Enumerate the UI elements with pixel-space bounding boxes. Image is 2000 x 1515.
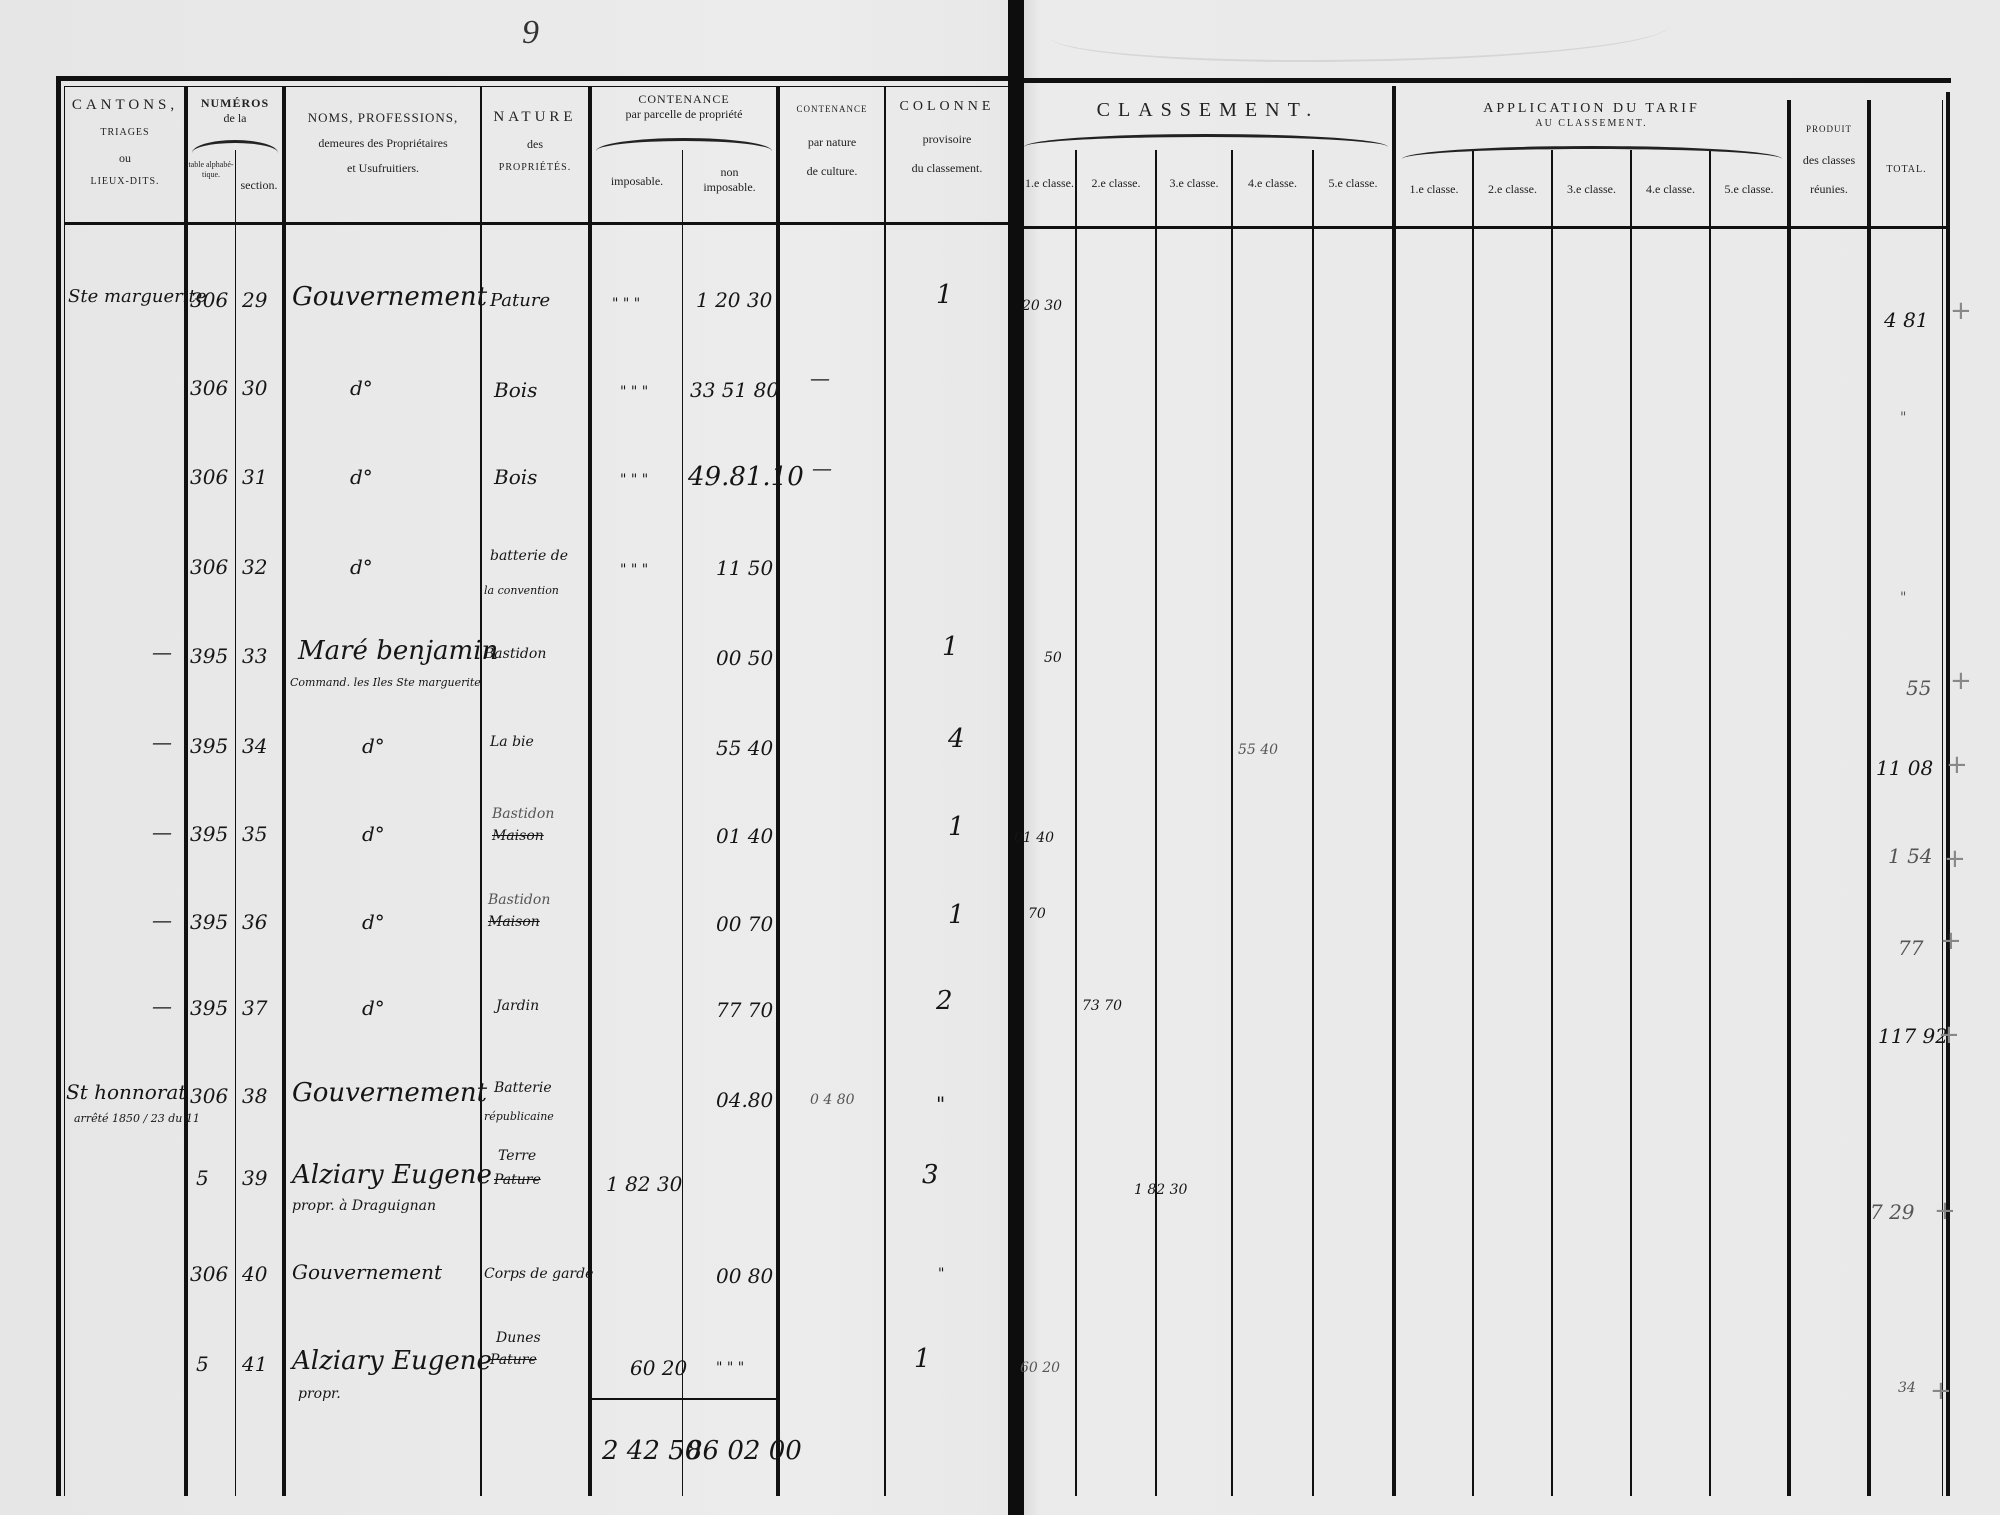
- header-noms: NOMS, PROFESSIONS, demeures des Propriét…: [286, 110, 480, 176]
- nature-cell: Bois: [494, 465, 537, 489]
- table-cell: 395: [190, 822, 228, 846]
- rule-total-thin: [1942, 100, 1943, 1496]
- numeros-brace: [192, 140, 278, 153]
- nature-cell-struck: Pature: [490, 1352, 537, 1368]
- nature-cell-line2: la convention: [484, 584, 559, 597]
- table-cell: 306: [190, 288, 228, 312]
- section-cell: 35: [242, 822, 267, 846]
- header-numeros: NUMÉROS de la: [188, 96, 282, 126]
- nature-culture-cell: 0 4 80: [810, 1092, 855, 1108]
- nature-cell: Bastidon: [484, 646, 546, 662]
- rule-imposable: [682, 150, 683, 1496]
- table-cell: 306: [190, 1262, 228, 1286]
- classe1-cell: 70: [1028, 906, 1046, 922]
- total-cell: 34: [1898, 1380, 1916, 1396]
- canton-cell: —: [152, 730, 172, 754]
- top-rule-left: [56, 76, 1021, 81]
- check-mark-icon: +: [1940, 926, 1962, 956]
- imposable-cell: " " ": [620, 384, 648, 400]
- header-section: section.: [236, 178, 282, 193]
- nature-cell: Bastidon: [488, 892, 550, 908]
- check-mark-icon: +: [1946, 750, 1968, 780]
- non-imposable-cell: 01 40: [716, 824, 773, 848]
- total-cell: 4 81: [1884, 308, 1929, 332]
- table-cell: 5: [196, 1166, 209, 1190]
- rule-left-inner: [64, 86, 65, 1496]
- header-bottom-right: [1024, 226, 1946, 229]
- table-cell: 306: [190, 555, 228, 579]
- classe2-cell: 73 70: [1082, 998, 1122, 1014]
- header-app-1: 1.e classe.: [1396, 182, 1472, 197]
- page-number: 9: [522, 14, 539, 52]
- table-cell: 395: [190, 910, 228, 934]
- check-mark-icon: +: [1944, 844, 1966, 874]
- non-imposable-cell: " " ": [716, 1360, 744, 1376]
- section-cell: 34: [242, 734, 267, 758]
- nature-cell: batterie de: [490, 548, 568, 564]
- rule-class1: [1075, 150, 1077, 1496]
- section-cell: 37: [242, 996, 267, 1020]
- canton-cell: St honnorat: [66, 1080, 186, 1104]
- non-imposable-cell: 49.81.10: [688, 462, 804, 492]
- canton-note: arrêté 1850 / 23 du 11: [74, 1112, 200, 1125]
- owner-cell-line2: propr.: [298, 1386, 341, 1402]
- rule-app1: [1472, 150, 1474, 1496]
- water-stain: [1050, 0, 1670, 62]
- canton-cell: —: [152, 820, 172, 844]
- owner-cell: Gouvernement: [292, 1260, 442, 1284]
- colonne-cell: 1: [914, 1344, 931, 1374]
- table-cell: 306: [190, 1084, 228, 1108]
- rule-app2: [1551, 150, 1553, 1496]
- imposable-cell: " " ": [620, 472, 648, 488]
- total-cell: 1 54: [1888, 844, 1933, 868]
- canton-cell: —: [152, 640, 172, 664]
- owner-cell: Gouvernement: [292, 1078, 487, 1108]
- header-classement-4: 4.e classe.: [1233, 176, 1312, 191]
- contenance-brace: [596, 138, 772, 151]
- colonne-cell: 1: [936, 280, 953, 310]
- header-total: TOTAL.: [1871, 164, 1942, 177]
- section-cell: 31: [242, 465, 267, 489]
- total-cell: 11 08: [1876, 756, 1933, 780]
- total-non-imposable: 86 02 00: [686, 1436, 802, 1466]
- nature-cell: Jardin: [496, 998, 539, 1014]
- nature-cell: Corps de garde: [484, 1266, 593, 1282]
- owner-cell: d°: [362, 996, 385, 1020]
- rule-section: [282, 86, 286, 1496]
- rule-app3: [1630, 150, 1632, 1496]
- classement-brace: [1024, 134, 1388, 147]
- header-contenance-nature: CONTENANCE par nature de culture.: [780, 104, 884, 179]
- total-cell: 77: [1898, 936, 1923, 960]
- non-imposable-cell: 1 20 30: [696, 288, 772, 312]
- header-bottom-left: [64, 222, 1008, 225]
- nature-cell: Terre: [498, 1148, 536, 1164]
- owner-cell: Alziary Eugene: [292, 1160, 492, 1190]
- classe1-cell: 50: [1044, 650, 1062, 666]
- classe4-cell: 55 40: [1238, 742, 1278, 758]
- colonne-cell: ": [938, 1266, 944, 1282]
- rule-left-edge: [56, 76, 61, 1496]
- header-app-4: 4.e classe.: [1632, 182, 1709, 197]
- nature-cell-line2: républicaine: [484, 1110, 554, 1123]
- section-cell: 38: [242, 1084, 267, 1108]
- rule-class3: [1231, 150, 1233, 1496]
- top-rule-right: [1021, 78, 1951, 83]
- colonne-cell: 4: [948, 724, 965, 754]
- owner-cell: d°: [362, 734, 385, 758]
- owner-cell: d°: [362, 822, 385, 846]
- total-cell: ": [1900, 590, 1906, 606]
- classe1-cell: 01 40: [1014, 830, 1054, 846]
- rule-contenance: [776, 86, 780, 1496]
- non-imposable-cell: 00 50: [716, 646, 773, 670]
- imposable-cell: " " ": [620, 562, 648, 578]
- owner-cell: Alziary Eugene: [292, 1346, 492, 1376]
- non-imposable-cell: 55 40: [716, 736, 773, 760]
- section-cell: 40: [242, 1262, 267, 1286]
- nature-cell: La bie: [490, 734, 534, 750]
- non-imposable-cell: 00 70: [716, 912, 773, 936]
- canton-cell: —: [152, 908, 172, 932]
- colonne-cell: ": [936, 1092, 945, 1116]
- canton-cell: Ste marguerite: [68, 286, 206, 307]
- classe1-cell: 60 20: [1020, 1360, 1060, 1376]
- non-imposable-cell: 33 51 80: [690, 378, 779, 402]
- header-classement-1: 1.e classe.: [1024, 176, 1075, 191]
- rule-table: [235, 150, 236, 1496]
- nature-cell: Batterie: [494, 1080, 552, 1096]
- table-cell: 395: [190, 996, 228, 1020]
- imposable-cell: 1 82 30: [606, 1172, 682, 1196]
- non-imposable-cell: 04.80: [716, 1088, 773, 1112]
- header-nature: NATURE des PROPRIÉTÉS.: [482, 108, 588, 174]
- colonne-cell: 1: [948, 812, 965, 842]
- total-cell: 7 29: [1870, 1200, 1915, 1224]
- header-cantons: CANTONS, TRIAGES ou LIEUX-DITS.: [66, 96, 184, 189]
- nature-cell: Bastidon: [492, 806, 554, 822]
- nature-cell: Pature: [490, 290, 550, 311]
- owner-cell: d°: [350, 376, 373, 400]
- nature-cell-struck: Maison: [488, 914, 540, 930]
- imposable-cell: 60 20: [630, 1356, 687, 1380]
- non-imposable-cell: 77 70: [716, 998, 773, 1022]
- check-mark-icon: +: [1950, 666, 1972, 696]
- rule-produit: [1867, 100, 1871, 1496]
- canton-cell: —: [152, 994, 172, 1018]
- table-cell: 395: [190, 734, 228, 758]
- section-cell: 36: [242, 910, 267, 934]
- header-app-2: 2.e classe.: [1474, 182, 1551, 197]
- colonne-cell: 3: [922, 1160, 939, 1190]
- colonne-cell: 2: [936, 986, 953, 1016]
- non-imposable-cell: 11 50: [716, 556, 773, 580]
- table-cell: 306: [190, 465, 228, 489]
- owner-cell-line2: Command. les Iles Ste marguerite: [290, 676, 481, 689]
- owner-cell-line2: propr. à Draguignan: [292, 1198, 436, 1214]
- nature-culture-cell: —: [810, 366, 830, 390]
- section-cell: 33: [242, 644, 267, 668]
- header-table-alpha: table alphabé-tique.: [188, 160, 234, 180]
- header-non-imposable: non imposable.: [683, 165, 776, 195]
- section-cell: 39: [242, 1166, 267, 1190]
- table-cell: 306: [190, 376, 228, 400]
- nature-cell-struck: Pature: [494, 1172, 541, 1188]
- header-app-5: 5.e classe.: [1711, 182, 1787, 197]
- colonne-cell: 1: [942, 632, 959, 662]
- check-mark-icon: +: [1930, 1376, 1952, 1406]
- totals-rule: [590, 1398, 776, 1400]
- owner-cell: d°: [350, 555, 373, 579]
- table-cell: 395: [190, 644, 228, 668]
- header-contenance: CONTENANCE par parcelle de propriété: [592, 92, 776, 122]
- section-cell: 32: [242, 555, 267, 579]
- owner-cell: Gouvernement: [292, 282, 487, 312]
- section-cell: 29: [242, 288, 267, 312]
- owner-cell: d°: [350, 465, 373, 489]
- header-app-3: 3.e classe.: [1553, 182, 1630, 197]
- total-cell: 55: [1906, 676, 1931, 700]
- colonne-cell: 1: [948, 900, 965, 930]
- rule-class2: [1155, 150, 1157, 1496]
- total-cell: ": [1900, 410, 1906, 426]
- nature-cell: Bois: [494, 378, 537, 402]
- section-cell: 41: [242, 1352, 267, 1376]
- header-classement: CLASSEMENT.: [1024, 98, 1392, 123]
- check-mark-icon: +: [1934, 1196, 1956, 1226]
- owner-cell: Maré benjamin: [298, 636, 498, 666]
- top-rule-thin: [64, 86, 1014, 87]
- non-imposable-cell: 00 80: [716, 1264, 773, 1288]
- check-mark-icon: +: [1938, 1020, 1960, 1050]
- nature-cell: Dunes: [496, 1330, 541, 1346]
- rule-application: [1787, 100, 1791, 1496]
- header-imposable: imposable.: [592, 174, 682, 189]
- section-cell: 30: [242, 376, 267, 400]
- classe3-cell: 1 82 30: [1134, 1182, 1187, 1198]
- register-page: 9 CANTONS, TRIAGES ou LIEUX-DITS. NUMÉRO…: [0, 0, 2000, 1515]
- owner-cell: d°: [362, 910, 385, 934]
- check-mark-icon: +: [1950, 296, 1972, 326]
- rule-classement: [1392, 86, 1396, 1496]
- rule-app4: [1709, 150, 1711, 1496]
- header-classement-3: 3.e classe.: [1157, 176, 1231, 191]
- rule-nature-culture: [884, 86, 886, 1496]
- book-gutter: [1008, 0, 1024, 1515]
- header-colonne: COLONNE provisoire du classement.: [886, 98, 1008, 176]
- imposable-cell: " " ": [612, 296, 640, 312]
- rule-class4: [1312, 150, 1314, 1496]
- header-classement-5: 5.e classe.: [1314, 176, 1392, 191]
- nature-culture-cell: —: [812, 456, 832, 480]
- header-classement-2: 2.e classe.: [1077, 176, 1155, 191]
- table-cell: 5: [196, 1352, 209, 1376]
- nature-cell-struck: Maison: [492, 828, 544, 844]
- rule-nature: [588, 86, 592, 1496]
- classe1-cell: 20 30: [1022, 298, 1062, 314]
- header-application: APPLICATION DU TARIF AU CLASSEMENT.: [1396, 100, 1787, 130]
- application-brace: [1402, 146, 1782, 159]
- header-produit: PRODUIT des classes réunies.: [1791, 124, 1867, 197]
